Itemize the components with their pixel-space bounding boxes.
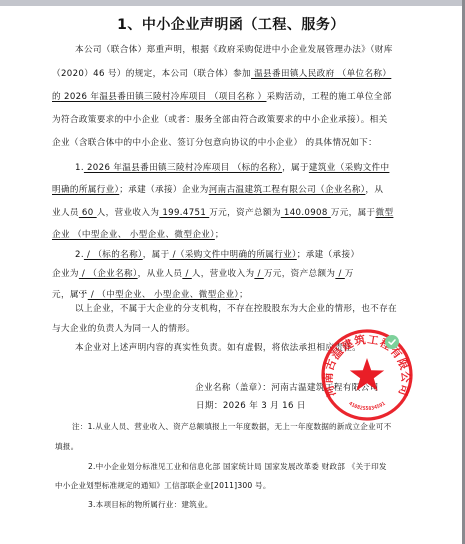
company-label: 企业名称（盖章）： — [195, 383, 271, 393]
note-1-line-2: 填报。 — [55, 441, 78, 453]
paragraph-1-line-2: （2020）46 号）的规定，本公司（联合体）参加 温县番田镇人民政府 （单位名… — [52, 68, 391, 80]
item-1-line-1: 1. 2026 年温县番田镇三陵村冷库项目 （标的名称），属于建筑业（采购文件中 — [75, 162, 389, 174]
item-number: 1. — [75, 163, 84, 173]
text: ； — [215, 230, 224, 240]
date-label: 日期： — [196, 401, 223, 411]
text: ，属于 — [143, 250, 170, 260]
date-value: 2026 年 3 月 16 日 — [223, 401, 306, 411]
text: 采购活动，工程的施工单位全部 — [266, 92, 391, 102]
paragraph-1-line-3: 的 2026 年温县番田镇三陵村冷库项目 （项目名称 ）采购活动，工程的施工单位… — [52, 91, 392, 103]
subject-name: / （标的名称） — [84, 250, 143, 260]
company-seal: 河南古温建筑工程有限公司 4108255834591 — [320, 328, 414, 422]
signature-date: 日期：2026 年 3 月 16 日 — [196, 400, 306, 412]
text: ；承建（承接）企业为 — [119, 185, 208, 195]
note-1-line-1: 注：1.从业人员、营业收入、资产总额填报上一年度数据，无上一年度数据的新成立企业… — [72, 421, 391, 433]
text: ； — [239, 290, 248, 300]
enterprise-size-cont: 企业 （中型企业、 小型企业、微型企业） — [52, 230, 215, 240]
text: ，属于 — [282, 163, 309, 173]
total-assets: 140.0908 — [281, 208, 331, 218]
item-1-line-4: 企业 （中型企业、 小型企业、微型企业）； — [52, 229, 224, 241]
check-icon — [387, 337, 397, 347]
text: ，从 — [365, 185, 383, 195]
note-2-line-1: 2.中小企业划分标准见工业和信息化部 国家统计局 国家发展改革委 财政部 《关于… — [88, 461, 387, 473]
note-3: 3.本项目标的物所属行业：建筑业。 — [88, 499, 213, 511]
text: 万元，资产总额为 — [264, 269, 336, 279]
purchaser-name: 温县番田镇人民政府 （单位名称） — [251, 69, 391, 79]
text: 万元，资产总额为 — [209, 208, 281, 218]
document-page: 1、中小企业声明函（工程、服务） 本公司（联合体）郑重声明，根据《政府采购促进中… — [0, 6, 462, 544]
paragraph-2-line-2: 与大企业的负责人为同一人的情形。 — [52, 323, 195, 335]
document-title: 1、中小企业声明函（工程、服务） — [0, 14, 462, 34]
paragraph-1-line-1: 本公司（联合体）郑重声明，根据《政府采购促进中小企业发展管理办法》（财库 — [75, 44, 393, 56]
item-1-line-2: 明确的所属行业）；承建（承接）企业为河南古温建筑工程有限公司（企业名称），从 — [52, 184, 383, 196]
text: 企业为 — [52, 269, 79, 279]
industry: 建筑业（采购文件中 — [309, 163, 390, 173]
paragraph-3: 本企业对上述声明内容的真实性负责。如有虚假，将依法承担相应责任。 — [75, 342, 361, 354]
employee-count: 60 — [79, 208, 97, 218]
revenue: 199.4751 — [159, 208, 209, 218]
company-name: / （企业名称） — [79, 269, 138, 279]
text: ，从业人员 — [138, 269, 183, 279]
employee-count: / — [182, 269, 191, 279]
text: 人，营业收入为 — [97, 208, 160, 218]
project-name: 2026 年温县番田镇三陵村冷库项目 （项目名称 ） — [61, 92, 267, 102]
company-name: 河南古温建筑工程有限公司（企业名称） — [209, 185, 366, 195]
paragraph-1-line-4: 为符合政策要求的中小企业（或者：服务全部由符合政策要求的中小企业承接）。相关 — [52, 114, 388, 126]
check-badge[interactable] — [385, 335, 399, 349]
subject-name: 2026 年温县番田镇三陵村冷库项目 （标的名称） — [84, 163, 282, 173]
industry-cont: 明确的所属行业） — [52, 185, 119, 195]
text: 的 — [52, 92, 61, 102]
seal-icon: 河南古温建筑工程有限公司 4108255834591 — [320, 328, 414, 422]
item-number: 2. — [75, 250, 84, 260]
text: 人，营业收入为 — [192, 269, 255, 279]
item-2-line-1: 2. / （标的名称），属于 /（采购文件中明确的所属行业）；承建（承接） — [75, 249, 359, 261]
revenue: / — [254, 269, 263, 279]
paragraph-1-line-5: 企业（含联合体中的中小企业、签订分包意向协议的中小企业） 的具体情况如下： — [52, 137, 377, 149]
total-assets: / — [335, 269, 344, 279]
item-2-line-2: 企业为 / （企业名称），从业人员 / 人，营业收入为 / 万元，资产总额为 /… — [52, 268, 354, 280]
enterprise-size: / （中型企业、 小型企业、微型企业） — [88, 290, 239, 300]
text: ；承建（承接） — [297, 250, 360, 260]
note-2-line-2: 中小企业划型标准规定的通知》工信部联企业[2011]300 号。 — [55, 480, 271, 492]
item-1-line-3: 业人员 60 人，营业收入为 199.4751 万元，资产总额为 140.090… — [52, 207, 393, 219]
text: 万 — [345, 269, 354, 279]
text: （2020）46 号）的规定，本公司（联合体）参加 — [52, 69, 251, 79]
ellipsis: .... — [75, 285, 87, 297]
paragraph-2-line-1: 以上企业，不属于大企业的分支机构，不存在控股股东为大企业的情形，也不存在 — [75, 303, 397, 315]
text: 业人员 — [52, 208, 79, 218]
text: 万元，属于 — [331, 208, 376, 218]
svg-text:4108255834591: 4108255834591 — [347, 401, 386, 412]
enterprise-size: 微型 — [376, 208, 394, 218]
industry: /（采购文件中明确的所属行业） — [170, 250, 297, 260]
